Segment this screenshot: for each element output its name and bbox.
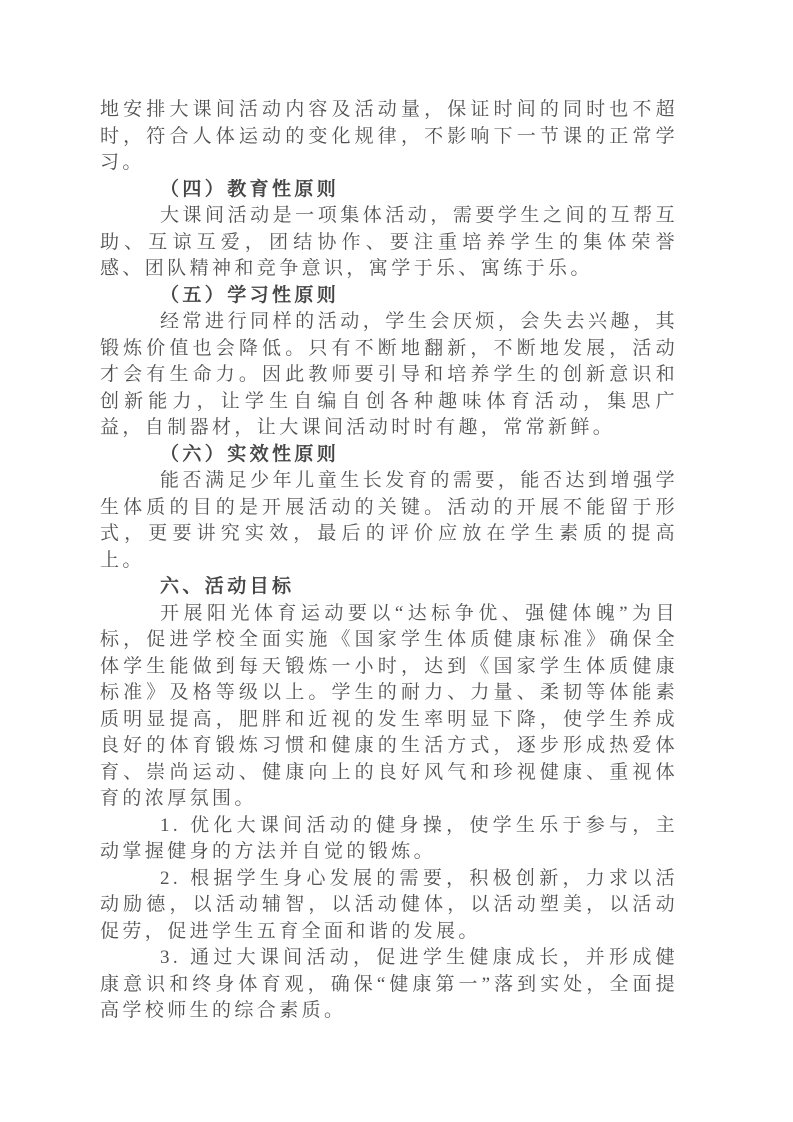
section-heading: 六、活动目标 [100, 574, 678, 601]
paragraph: 开展阳光体育运动要以“达标争优、强健体魄”为目标，促进学校全面实施《国家学生体质… [100, 601, 678, 813]
page-content: 地安排大课间活动内容及活动量，保证时间的同时也不超时，符合人体运动的变化规律，不… [100, 97, 678, 1025]
section-heading: （四）教育性原则 [100, 177, 678, 204]
paragraph: 2. 根据学生身心发展的需要，积极创新，力求以活动励德，以活动辅智，以活动健体，… [100, 866, 678, 946]
section-heading: （五）学习性原则 [100, 283, 678, 310]
paragraph: 经常进行同样的活动，学生会厌烦，会失去兴趣，其锻炼价值也会降低。只有不断地翻新，… [100, 309, 678, 442]
paragraph: 3. 通过大课间活动，促进学生健康成长，并形成健康意识和终身体育观，确保“健康第… [100, 945, 678, 1025]
section-heading: （六）实效性原则 [100, 442, 678, 469]
document-page: 地安排大课间活动内容及活动量，保证时间的同时也不超时，符合人体运动的变化规律，不… [0, 0, 793, 1122]
paragraph: 1. 优化大课间活动的健身操，使学生乐于参与，主动掌握健身的方法并自觉的锻炼。 [100, 813, 678, 866]
paragraph: 能否满足少年儿童生长发育的需要，能否达到增强学生体质的目的是开展活动的关键。活动… [100, 468, 678, 574]
paragraph: 大课间活动是一项集体活动，需要学生之间的互帮互助、互谅互爱，团结协作、要注重培养… [100, 203, 678, 283]
paragraph: 地安排大课间活动内容及活动量，保证时间的同时也不超时，符合人体运动的变化规律，不… [100, 97, 678, 177]
